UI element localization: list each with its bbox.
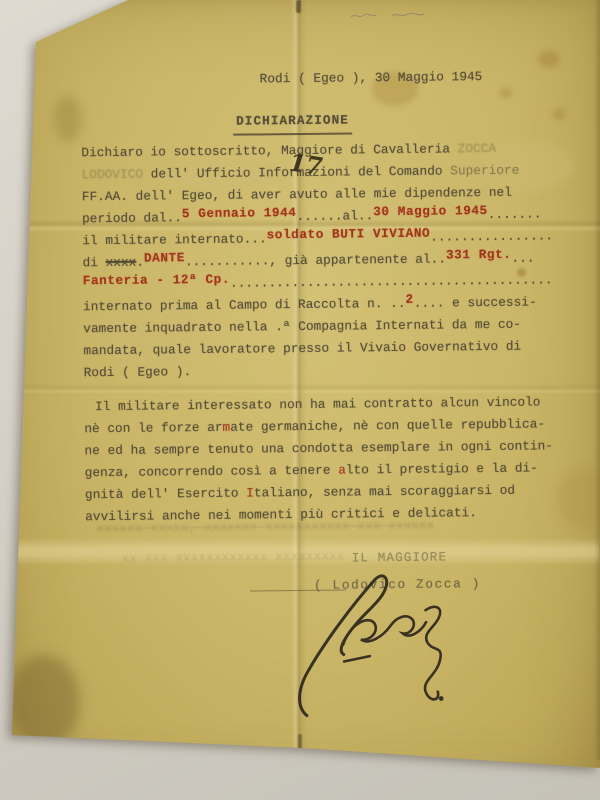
red-typed-insertion: 30 Maggio 1945	[373, 203, 488, 219]
typed-text: Dichiaro io sottoscritto, Maggiore di Ca…	[81, 141, 457, 160]
red-typed-insertion: I	[246, 485, 254, 500]
typed-text: lto il prestigio e la di-	[346, 461, 538, 478]
typed-text: il militare internato...	[82, 231, 266, 248]
paper-sheet: Rodi ( Egeo ), 30 Maggio 1945 DICHIARAZI…	[0, 0, 600, 800]
typed-text: mandata, quale lavoratore presso il Viva…	[83, 339, 521, 359]
typed-text: LODOVICO	[82, 167, 144, 183]
typed-text: Rodi ( Egeo ).	[84, 364, 192, 380]
typed-text: periodo dal..	[82, 210, 182, 226]
typed-text: gnità dell' Esercito	[85, 486, 246, 503]
typed-text: vamente inquadrato nella .ª Compagnia In…	[83, 317, 521, 337]
red-typed-insertion: soldato BUTI VIVIANO	[267, 226, 431, 243]
document-title: DICHIARAZIONE	[233, 109, 352, 135]
typed-text: taliano, senza mai scoraggiarsi od	[254, 483, 515, 501]
date-line: Rodi ( Egeo ), 30 Maggio 1945	[260, 66, 483, 90]
body-line: Rodi ( Egeo ).	[84, 357, 574, 384]
typed-text: .... e successi-	[414, 295, 537, 311]
typed-text: genza, concorrendo così a tenere	[85, 463, 339, 481]
typed-text: Superiore	[450, 163, 519, 179]
red-typed-insertion: DANTE	[144, 250, 185, 265]
typed-text: ..........., già appartenente al..	[185, 251, 446, 269]
erased-line: xxxxxx xxxxx, xxxxxxx xxxxxxxxxxx xxx xx…	[96, 515, 434, 541]
red-typed-insertion: m	[222, 420, 230, 435]
typed-text: FF.AA. dell' Egeo, di aver avuto alle mi…	[82, 185, 512, 205]
red-typed-insertion: 2	[405, 292, 413, 307]
photo-background: Rodi ( Egeo ), 30 Maggio 1945 DICHIARAZI…	[0, 0, 600, 800]
typed-text: ...	[511, 251, 534, 266]
document-body: Dichiaro io sottoscritto, Maggiore di Ca…	[81, 137, 575, 528]
typed-text: .......	[488, 206, 542, 222]
typed-text: xxxx	[106, 255, 137, 270]
typed-text: ne ed ha sempre tenuto una condotta esem…	[84, 438, 553, 458]
erased-line: xx xxx xxxxxxxxxxxx xxxxxxxxx	[122, 546, 345, 570]
typed-text: internato prima al Campo di Raccolta n. …	[83, 296, 406, 314]
typed-text: di	[82, 255, 105, 270]
typed-text: ......al..	[296, 208, 373, 224]
red-typed-insertion: Fanteria - 12ª Cp.	[83, 272, 230, 289]
red-typed-insertion: 331 Rgt.	[446, 247, 512, 263]
typed-text: nè con le forze ar	[84, 420, 222, 436]
typed-text: Il militare interessato non ha mai contr…	[95, 394, 541, 414]
paper-wrapper: Rodi ( Egeo ), 30 Maggio 1945 DICHIARAZI…	[0, 0, 600, 800]
typed-text: ZOCCA	[458, 141, 497, 156]
typed-text: ................	[430, 228, 553, 244]
date-text: Rodi ( Egeo ), 30 Maggio 1945	[260, 69, 483, 86]
typed-text: ate germaniche, nè con quelle repubblica…	[230, 416, 545, 434]
red-typed-insertion: 5 Gennaio 1944	[182, 205, 297, 221]
typed-text: ........................................…	[230, 272, 553, 290]
handwritten-signature	[281, 561, 464, 720]
